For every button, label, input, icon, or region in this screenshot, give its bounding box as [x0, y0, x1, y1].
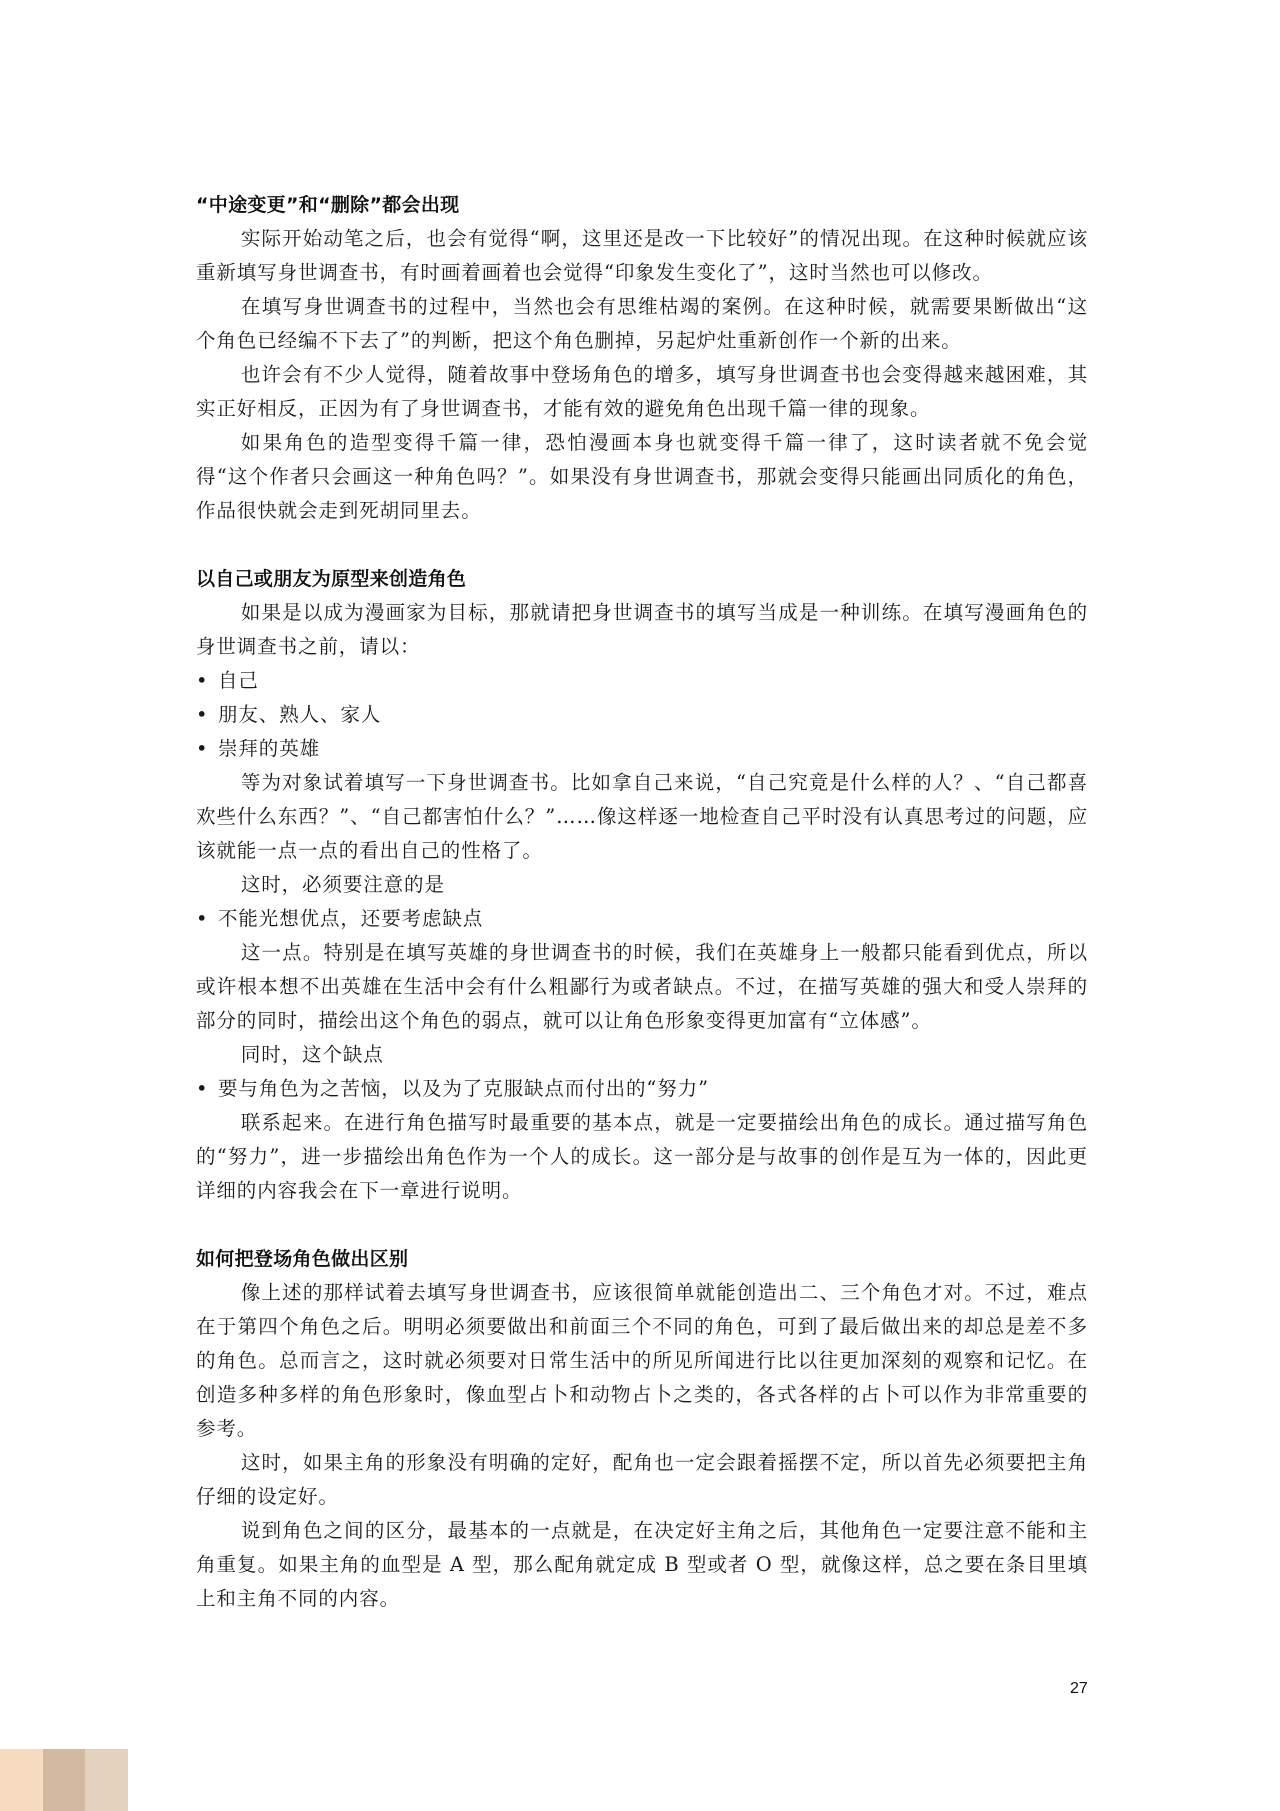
bullet-icon: •	[196, 732, 218, 766]
bullet-item: •崇拜的英雄	[196, 732, 1088, 766]
page-number: 27	[1070, 1680, 1088, 1698]
section-heading: 如何把登场角色做出区别	[196, 1242, 1088, 1276]
deco-bar-2	[43, 1749, 86, 1811]
paragraph: 也许会有不少人觉得，随着故事中登场角色的增多，填写身世调查书也会变得越来越困难，…	[196, 358, 1088, 426]
bullet-icon: •	[196, 664, 218, 698]
paragraph: 说到角色之间的区分，最基本的一点就是，在决定好主角之后，其他角色一定要注意不能和…	[196, 1514, 1088, 1616]
deco-bar-1	[0, 1749, 43, 1811]
bullet-icon: •	[196, 902, 218, 936]
bullet-item: •要与角色为之苦恼，以及为了克服缺点而付出的“努力”	[196, 1072, 1088, 1106]
paragraph: 这一点。特别是在填写英雄的身世调查书的时候，我们在英雄身上一般都只能看到优点，所…	[196, 936, 1088, 1038]
section-distinguishing-characters: 如何把登场角色做出区别 像上述的那样试着去填写身世调查书，应该很简单就能创造出二…	[196, 1242, 1088, 1616]
section-heading: 以自己或朋友为原型来创造角色	[196, 562, 1088, 596]
bullet-text: 要与角色为之苦恼，以及为了克服缺点而付出的“努力”	[218, 1077, 709, 1100]
paragraph: 实际开始动笔之后，也会有觉得“啊，这里还是改一下比较好”的情况出现。在这种时候就…	[196, 222, 1088, 290]
page-content: “中途变更”和“删除”都会出现 实际开始动笔之后，也会有觉得“啊，这里还是改一下…	[196, 188, 1088, 1616]
bullet-text: 崇拜的英雄	[218, 737, 320, 760]
paragraph: 这时，必须要注意的是	[196, 868, 1088, 902]
corner-decoration	[0, 1749, 128, 1811]
paragraph: 如果角色的造型变得千篇一律，恐怕漫画本身也就变得千篇一律了，这时读者就不免会觉得…	[196, 426, 1088, 528]
paragraph: 联系起来。在进行角色描写时最重要的基本点，就是一定要描绘出角色的成长。通过描写角…	[196, 1106, 1088, 1208]
paragraph: 如果是以成为漫画家为目标，那就请把身世调查书的填写当成是一种训练。在填写漫画角色…	[196, 596, 1088, 664]
paragraph: 同时，这个缺点	[196, 1038, 1088, 1072]
bullet-item: •自己	[196, 664, 1088, 698]
section-self-and-friends: 以自己或朋友为原型来创造角色 如果是以成为漫画家为目标，那就请把身世调查书的填写…	[196, 562, 1088, 1208]
paragraph: 像上述的那样试着去填写身世调查书，应该很简单就能创造出二、三个角色才对。不过，难…	[196, 1276, 1088, 1446]
bullet-item: •朋友、熟人、家人	[196, 698, 1088, 732]
bullet-text: 不能光想优点，还要考虑缺点	[218, 907, 483, 930]
paragraph: 等为对象试着填写一下身世调查书。比如拿自己来说，“自己究竟是什么样的人？、“自己…	[196, 766, 1088, 868]
paragraph: 这时，如果主角的形象没有明确的定好，配角也一定会跟着摇摆不定，所以首先必须要把主…	[196, 1446, 1088, 1514]
paragraph: 在填写身世调查书的过程中，当然也会有思维枯竭的案例。在这种时候，就需要果断做出“…	[196, 290, 1088, 358]
section-heading: “中途变更”和“删除”都会出现	[196, 188, 1088, 222]
bullet-icon: •	[196, 1072, 218, 1106]
bullet-text: 朋友、熟人、家人	[218, 703, 381, 726]
section-midway-changes: “中途变更”和“删除”都会出现 实际开始动笔之后，也会有觉得“啊，这里还是改一下…	[196, 188, 1088, 528]
bullet-item: •不能光想优点，还要考虑缺点	[196, 902, 1088, 936]
deco-bar-3	[85, 1749, 128, 1811]
bullet-icon: •	[196, 698, 218, 732]
bullet-text: 自己	[218, 669, 259, 692]
